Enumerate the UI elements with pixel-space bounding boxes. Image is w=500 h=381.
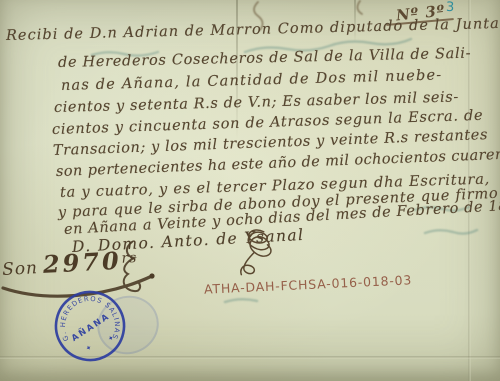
stamp-center-text: AÑANA — [69, 311, 112, 344]
document-page: Nº 3º 3 Recibi de D.n Adrian de Marron C… — [0, 0, 500, 381]
signature-rubric-flourish — [232, 228, 288, 284]
stamp-star-icon: ✦ — [84, 343, 93, 353]
folio-number: 3 — [446, 0, 455, 15]
